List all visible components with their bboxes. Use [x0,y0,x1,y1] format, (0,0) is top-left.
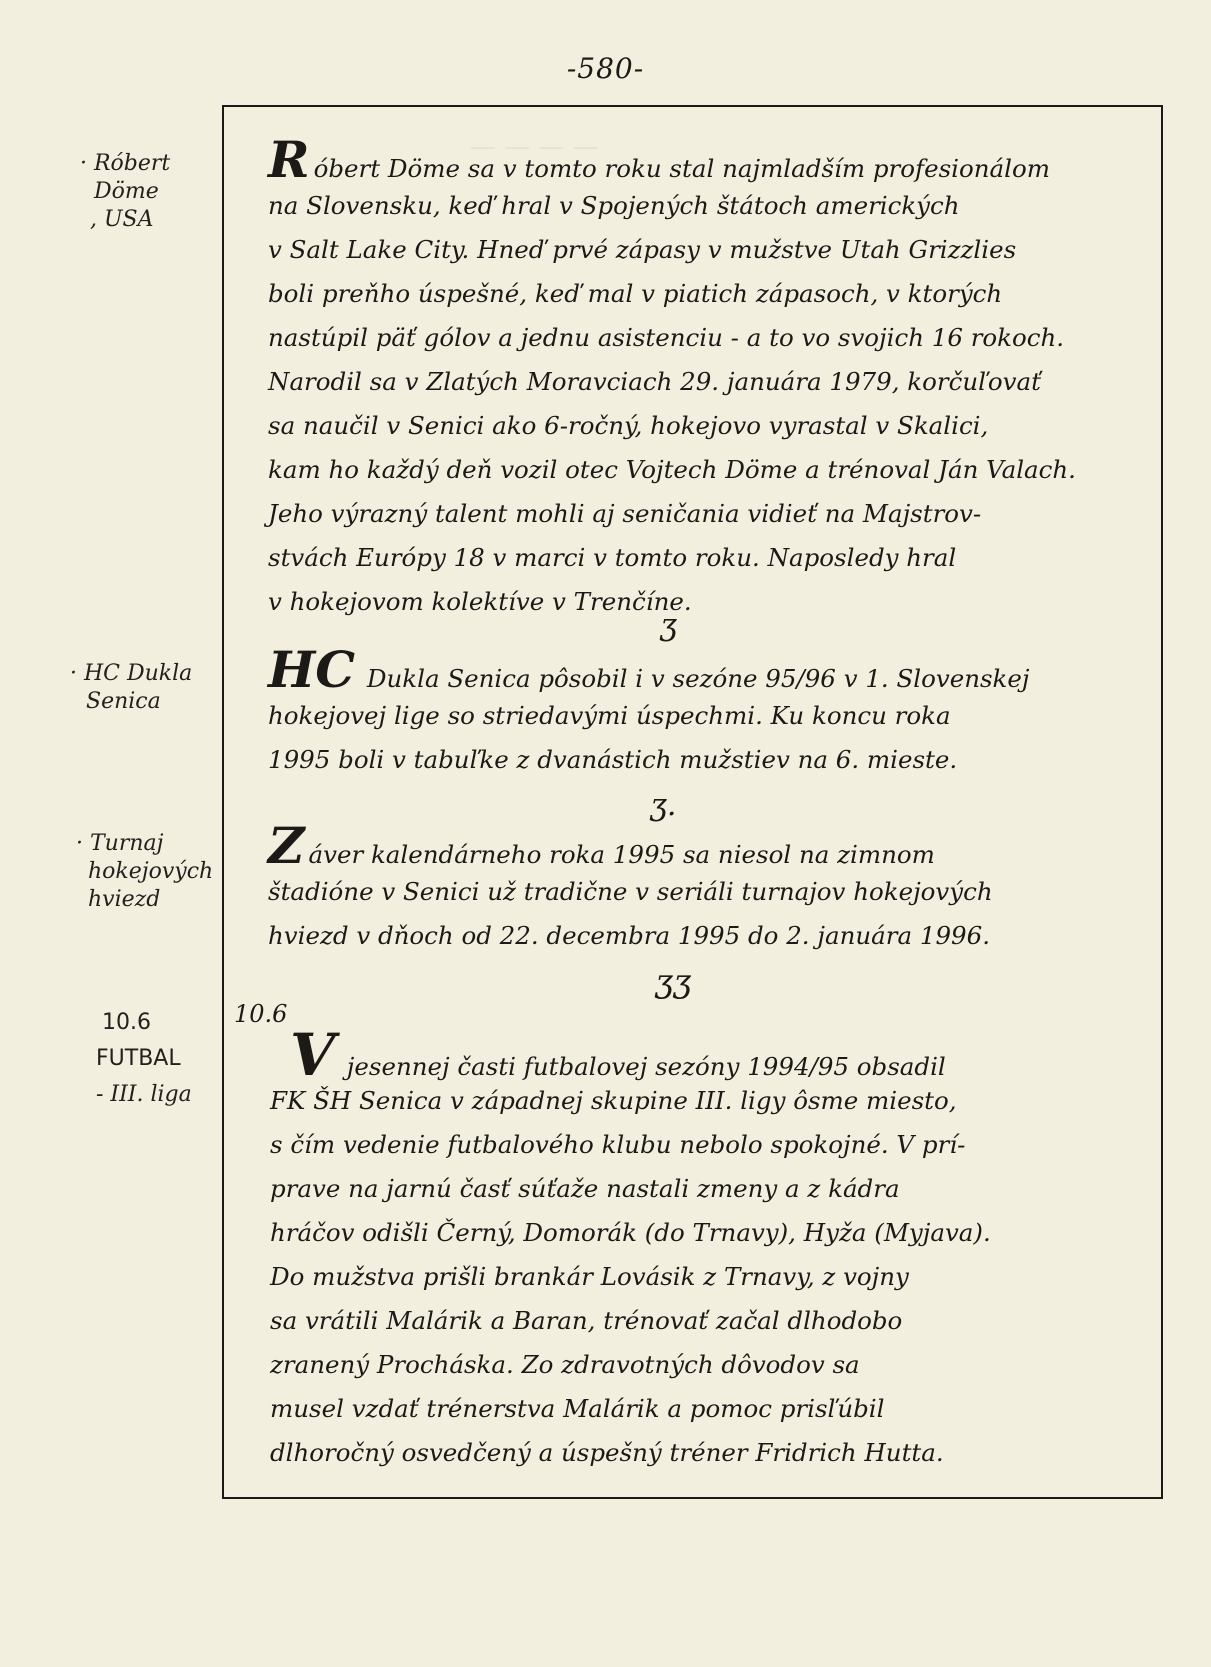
paragraph-line: hokejovej lige so striedavými úspechmi. … [268,694,1158,738]
paragraph-line: sa vrátili Malárik a Baran, trénovať zač… [270,1299,1190,1343]
section-divider-mark: ʒ. [650,788,676,823]
paragraph-line: stvách Európy 18 v marci v tomto roku. N… [268,536,1158,580]
section-divider-mark: ʒ [660,608,677,643]
paragraph-line: musel vzdať trénerstva Malárik a pomoc p… [270,1387,1190,1431]
margin-note-robert-dome: · Róbert Döme , USA [80,150,210,234]
paragraph-line: Záver kalendárneho roka 1995 sa niesol n… [268,826,1158,870]
paragraph-line: boli preňho úspešné, keď mal v piatich z… [268,272,1158,316]
paragraph-line: V jesennej časti futbalovej sezóny 1994/… [290,1035,1190,1079]
section-number: 10.6 [234,1000,287,1028]
paragraph-line: kam ho každý deň vozil otec Vojtech Döme… [268,448,1158,492]
paragraph-line: hviezd v dňoch od 22. decembra 1995 do 2… [268,914,1158,958]
paragraph-line: Jeho výrazný talent mohli aj seničania v… [268,492,1158,536]
paragraph-line: prave na jarnú časť súťaže nastali zmeny… [270,1167,1190,1211]
paragraph-line: hráčov odišli Černý, Domorák (do Trnavy)… [270,1211,1190,1255]
section-turnaj-hviezd: Záver kalendárneho roka 1995 sa niesol n… [268,826,1158,958]
paragraph-line: sa naučil v Senici ako 6-ročný, hokejovo… [268,404,1158,448]
drop-cap: HC [268,640,355,699]
margin-note-futbal: 10.6 FUTBAL - III. liga [96,1005,226,1113]
section-divider-mark: ʒʒ [655,962,691,1000]
paragraph-line: na Slovensku, keď hral v Spojených štáto… [268,184,1158,228]
paragraph-line: Do mužstva prišli brankár Lovásik z Trna… [270,1255,1190,1299]
paragraph-line: HC Dukla Senica pôsobil i v sezóne 95/96… [268,650,1158,694]
paragraph-line: Narodil sa v Zlatých Moravciach 29. janu… [268,360,1158,404]
section-hc-dukla-senica: HC Dukla Senica pôsobil i v sezóne 95/96… [268,650,1158,782]
paragraph-line: 1995 boli v tabuľke z dvanástich mužstie… [268,738,1158,782]
section-robert-dome: Róbert Döme sa v tomto roku stal najmlad… [268,140,1158,624]
paragraph-line: s čím vedenie futbalového klubu nebolo s… [270,1123,1190,1167]
paragraph-line: v Salt Lake City. Hneď prvé zápasy v muž… [268,228,1158,272]
paragraph-line: FK ŠH Senica v západnej skupine III. lig… [270,1079,1190,1123]
paragraph-line: zranený Procháska. Zo zdravotných dôvodo… [270,1343,1190,1387]
paragraph-line: Róbert Döme sa v tomto roku stal najmlad… [268,140,1158,184]
page-number: -580- [0,52,1211,85]
paragraph-line: v hokejovom kolektíve v Trenčíne. [268,580,1158,624]
paragraph-line: nastúpil päť gólov a jednu asistenciu - … [268,316,1158,360]
section-futbal: V jesennej časti futbalovej sezóny 1994/… [300,1035,1190,1475]
margin-note-hc-dukla: · HC Dukla Senica [70,660,200,716]
drop-cap: R [268,130,310,189]
paragraph-line: štadióne v Senici už tradične v seriáli … [268,870,1158,914]
paragraph-line: dlhoročný osvedčený a úspešný tréner Fri… [270,1431,1190,1475]
drop-cap: Z [268,816,305,875]
margin-note-turnaj: · Turnaj hokejových hviezd [76,830,206,914]
